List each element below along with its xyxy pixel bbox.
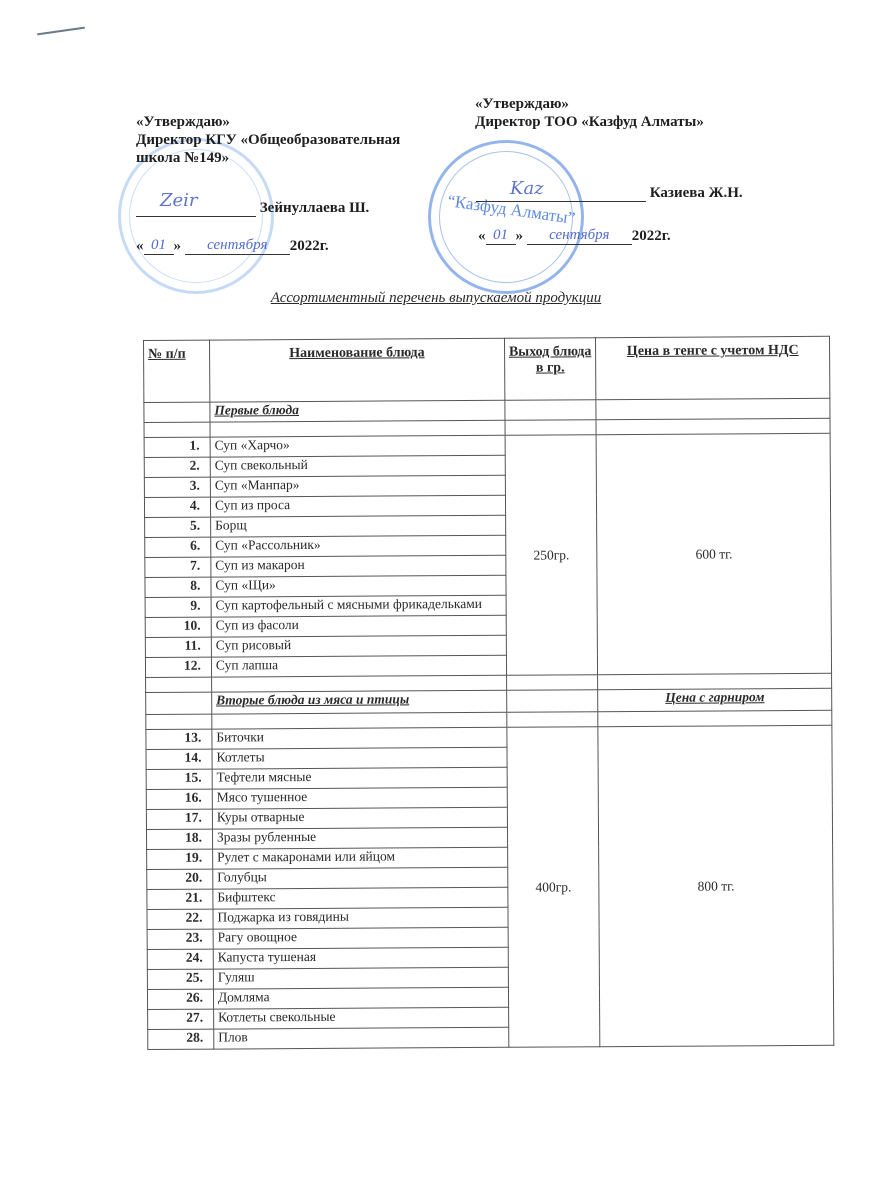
item-name: Суп «Щи»	[211, 575, 506, 597]
item-name: Суп из проса	[210, 495, 505, 517]
item-number: 21.	[147, 889, 213, 909]
table-row: 13.Биточки400гр.800 тг.	[146, 725, 832, 749]
date-day: 01	[486, 227, 516, 245]
document-title: Ассортиментный перечень выпускаемой прод…	[0, 290, 872, 307]
empty-cell	[505, 400, 597, 421]
item-name: Поджарка из говядины	[213, 907, 508, 929]
approval-left-heading: «Утверждаю»	[136, 113, 400, 131]
item-name: Тефтели мясные	[212, 767, 507, 789]
handwritten-signature-right: Kaz	[510, 178, 544, 199]
item-number: 25.	[147, 969, 213, 989]
empty-cell	[146, 692, 212, 714]
date-day: 01	[144, 237, 174, 255]
item-name: Суп свекольный	[210, 455, 505, 477]
scan-artifact-line	[37, 27, 85, 36]
item-name: Суп «Манпар»	[210, 475, 505, 497]
item-number: 15.	[146, 769, 212, 789]
approval-right-signatory: Казиева Ж.Н.	[650, 185, 743, 201]
item-number: 17.	[146, 809, 212, 829]
item-number: 6.	[145, 537, 211, 557]
item-name: Суп рисовый	[211, 635, 506, 657]
item-name: Гуляш	[213, 967, 508, 989]
item-number: 14.	[146, 749, 212, 769]
item-number: 20.	[147, 869, 213, 889]
empty-cell	[146, 677, 212, 692]
item-number: 12.	[145, 657, 211, 677]
item-name: Мясо тушенное	[212, 787, 507, 809]
section-title-text: Вторые блюда из мяса и птицы	[216, 691, 409, 707]
item-name: Котлеты	[212, 747, 507, 769]
approval-right-date: «01» сентября2022г.	[478, 227, 671, 245]
item-name: Суп лапша	[211, 655, 506, 677]
approval-left-position: Директор КГУ «Общеобразовательная	[136, 131, 400, 149]
section-price-note: Цена с гарниром	[598, 688, 832, 711]
item-number: 7.	[145, 557, 211, 577]
item-number: 8.	[145, 577, 211, 597]
item-name: Суп «Рассольник»	[211, 535, 506, 557]
approval-right: «Утверждаю» Директор ТОО «Казфуд Алматы»	[475, 95, 704, 131]
approval-left-position-2: школа №149»	[136, 149, 400, 167]
approval-left-signatory: Зейнуллаева Ш.	[260, 200, 370, 216]
table-header-row: № п/п Наименование блюда Выход блюда в г…	[144, 336, 830, 402]
item-number: 4.	[144, 497, 210, 517]
item-name: Котлеты свекольные	[213, 1007, 508, 1029]
empty-cell	[596, 418, 830, 434]
item-name: Домляма	[213, 987, 508, 1009]
approval-left-date: «01» сентября2022г.	[136, 237, 329, 255]
price: 800 тг.	[598, 725, 834, 1046]
item-number: 1.	[144, 437, 210, 457]
section-title: Первые блюда	[210, 400, 505, 422]
empty-cell	[144, 422, 210, 437]
approval-right-position: Директор ТОО «Казфуд Алматы»	[475, 113, 704, 131]
item-number: 27.	[148, 1009, 214, 1029]
item-name: Рагу овощное	[213, 927, 508, 949]
header-price: Цена в тенге с учетом НДС	[596, 336, 830, 399]
empty-cell	[507, 712, 599, 728]
date-month: сентября	[185, 237, 290, 255]
item-number: 5.	[145, 517, 211, 537]
item-name: Голубцы	[213, 867, 508, 889]
item-name: Суп из фасоли	[211, 615, 506, 637]
signature-line	[476, 201, 646, 202]
table-row: 1.Суп «Харчо»250гр.600 тг.	[144, 433, 830, 457]
date-year: 2022г.	[290, 238, 329, 254]
empty-cell	[598, 673, 832, 689]
signature-line	[136, 216, 256, 217]
empty-cell	[506, 675, 598, 691]
approval-left: «Утверждаю» Директор КГУ «Общеобразовате…	[136, 113, 400, 167]
header-dish-name: Наименование блюда	[209, 338, 504, 402]
item-name: Суп картофельный с мясными фрикадельками	[211, 595, 506, 617]
portion-size: 400гр.	[507, 727, 601, 1048]
item-name: Суп из макарон	[211, 555, 506, 577]
item-name: Бифштекс	[213, 887, 508, 909]
empty-cell	[144, 402, 210, 422]
empty-cell	[146, 714, 212, 729]
portion-size: 250гр.	[505, 435, 598, 676]
empty-cell	[506, 690, 598, 713]
header-portion: Выход блюда в гр.	[504, 338, 596, 401]
item-name: Суп «Харчо»	[210, 435, 505, 457]
item-number: 26.	[147, 989, 213, 1009]
item-name: Зразы рубленные	[212, 827, 507, 849]
date-month: сентября	[527, 227, 632, 245]
item-name: Борщ	[210, 515, 505, 537]
date-year: 2022г.	[632, 228, 671, 244]
item-number: 22.	[147, 909, 213, 929]
item-number: 18.	[146, 829, 212, 849]
header-number: № п/п	[144, 340, 210, 402]
item-name: Куры отварные	[212, 807, 507, 829]
handwritten-signature-left: Zeir	[160, 190, 198, 211]
item-name: Рулет с макаронами или яйцом	[213, 847, 508, 869]
item-number: 24.	[147, 949, 213, 969]
item-number: 3.	[144, 477, 210, 497]
section-price-note	[596, 398, 830, 419]
item-number: 10.	[145, 617, 211, 637]
item-number: 23.	[147, 929, 213, 949]
item-number: 2.	[144, 457, 210, 477]
empty-cell	[598, 710, 832, 726]
item-number: 16.	[146, 789, 212, 809]
section-title: Вторые блюда из мяса и птицы	[212, 690, 507, 714]
section-title-text: Первые блюда	[214, 402, 299, 418]
item-name: Биточки	[212, 727, 507, 749]
item-number: 9.	[145, 597, 211, 617]
item-name: Капуста тушеная	[213, 947, 508, 969]
item-number: 13.	[146, 729, 212, 749]
empty-cell	[505, 420, 597, 436]
price-note-text: Цена с гарниром	[665, 689, 764, 705]
item-number: 19.	[147, 849, 213, 869]
item-number: 11.	[145, 637, 211, 657]
item-name: Плов	[214, 1027, 509, 1049]
assortment-table: № п/п Наименование блюда Выход блюда в г…	[143, 336, 834, 1050]
price: 600 тг.	[596, 433, 831, 674]
approval-right-heading: «Утверждаю»	[475, 95, 704, 113]
item-number: 28.	[148, 1029, 214, 1049]
